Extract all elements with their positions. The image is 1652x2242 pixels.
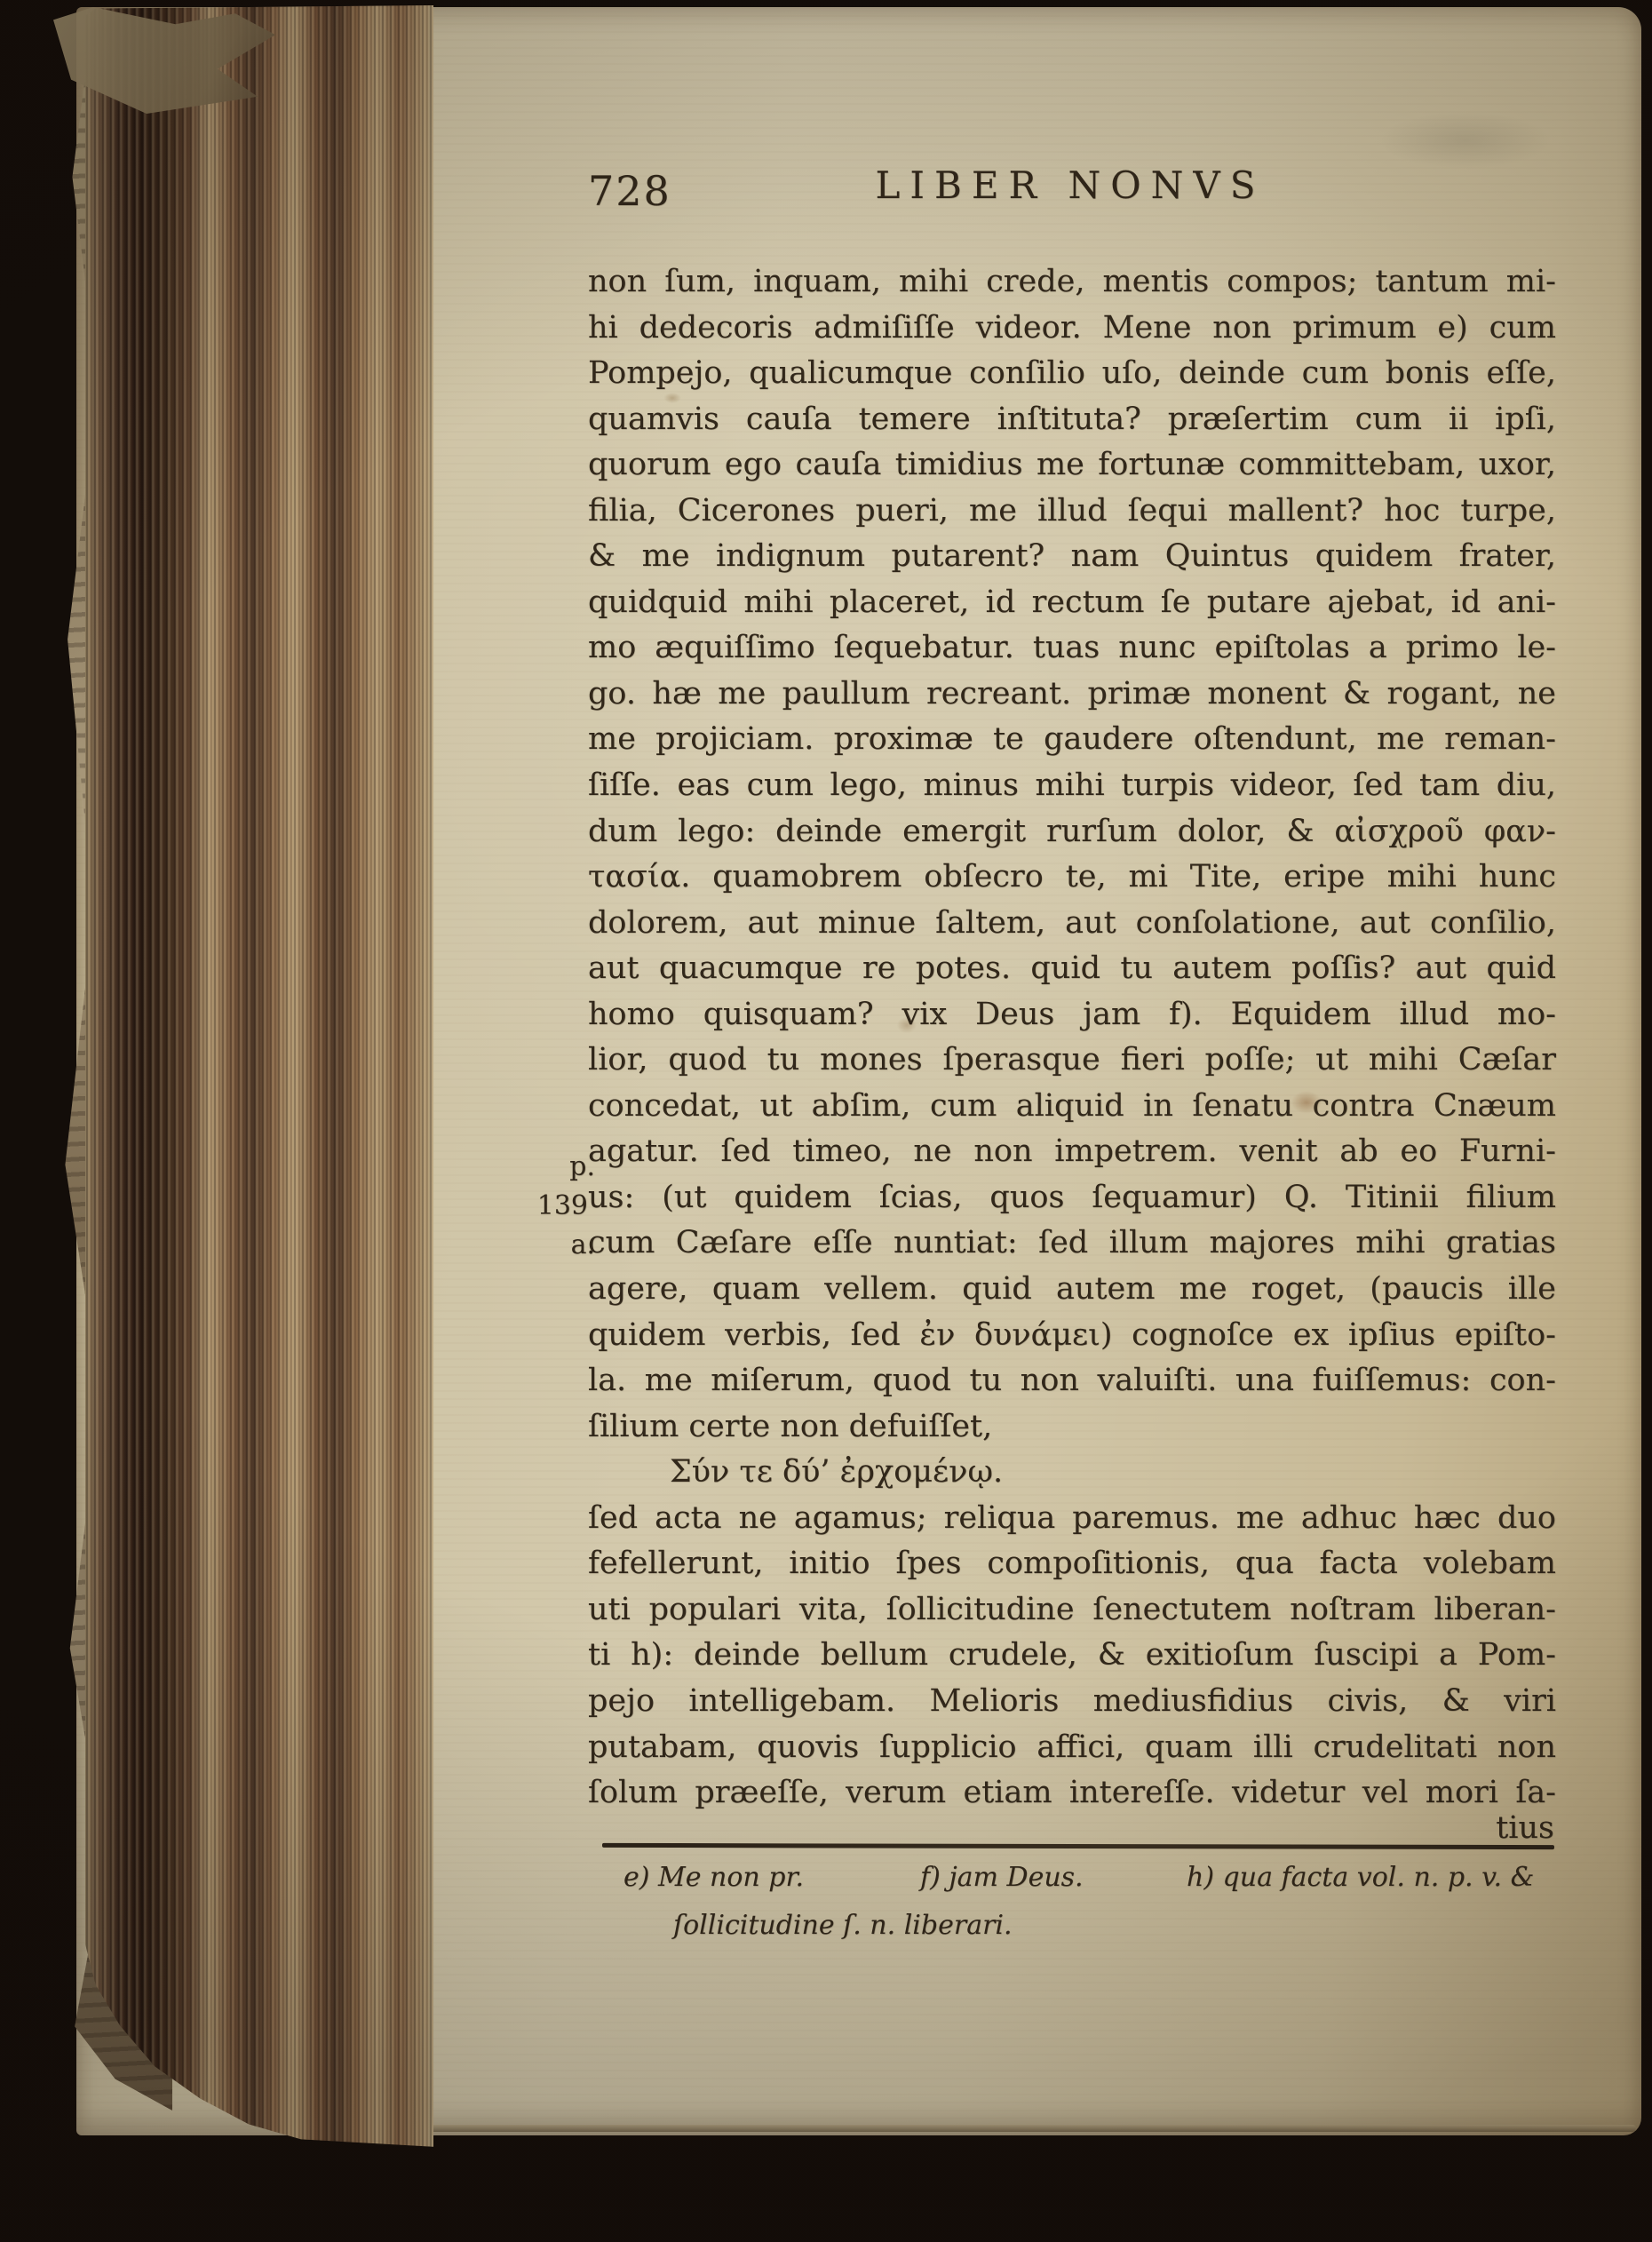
text-line: agere, quam vellem. quid autem me roget,…: [588, 1267, 1556, 1313]
page-bottom-edge: [417, 2125, 1636, 2132]
margin-note-line: 139: [513, 1187, 588, 1226]
text-line: cum Cæſare eſſe nuntiat: ſed illum major…: [588, 1220, 1556, 1267]
text-line: pejo intelligebam. Melioris mediusfidius…: [588, 1679, 1556, 1725]
text-line: quidem verbis, ſed ἐν δυνάμει) cognoſce …: [588, 1313, 1556, 1359]
text-line: aut quacumque re potes. quid tu autem po…: [588, 946, 1556, 992]
footnote-f: f) jam Deus.: [920, 1862, 1084, 1893]
text-line: dum lego: deinde emergit rurſum dolor, &…: [588, 809, 1556, 855]
margin-note-line: a.: [513, 1226, 595, 1265]
text-line: me projiciam. proximæ te gaudere oſtendu…: [588, 717, 1556, 763]
greek-verse-line: Σύν τε δύ’ ἐρχομένῳ.: [588, 1450, 1556, 1496]
text-line: ſilium certe non defuiſſet,: [588, 1404, 1556, 1451]
margin-note-line: p.: [513, 1148, 595, 1187]
text-line: ti h): deinde bellum crudele, & exitioſu…: [588, 1633, 1556, 1679]
footnote-e: e) Me non pr.: [623, 1862, 804, 1893]
running-title: LIBER NONVS: [835, 163, 1306, 207]
text-line: Pompejo, qualicumque conſilio uſo, deind…: [588, 351, 1556, 397]
body-text: non ſum, inquam, mihi crede, mentis comp…: [588, 259, 1556, 1851]
text-line: putabam, quovis ſupplicio affici, quam i…: [588, 1725, 1556, 1771]
text-line: uti populari vita, ſollicitudine ſenectu…: [588, 1587, 1556, 1634]
text-line: ſolum præeſſe, verum etiam intereſſe. vi…: [588, 1770, 1556, 1817]
text-line: lior, quod tu mones ſperasque fieri poſſ…: [588, 1038, 1556, 1084]
text-line: ſed acta ne agamus; reliqua paremus. me …: [588, 1496, 1556, 1542]
page-number: 728: [588, 167, 671, 215]
text-line: dolorem, aut minue ſaltem, aut conſolati…: [588, 901, 1556, 947]
text-line: la. me miſerum, quod tu non valuiſti. un…: [588, 1358, 1556, 1404]
text-line: quidquid mihi placeret, id rectum ſe put…: [588, 580, 1556, 626]
text-line: mo æquiſſimo ſequebatur. tuas nunc epiſt…: [588, 625, 1556, 672]
text-line: filia, Cicerones pueri, me illud ſequi m…: [588, 489, 1556, 535]
text-line: & me indignum putarent? nam Quintus quid…: [588, 534, 1556, 580]
text-line: go. hæ me paullum recreant. primæ monent…: [588, 672, 1556, 718]
text-line: quorum ego cauſa timidius me fortunæ com…: [588, 442, 1556, 489]
text-line: agatur. ſed timeo, ne non impetrem. veni…: [588, 1129, 1556, 1175]
text-line: us: (ut quidem ſcias, quos ſequamur) Q. …: [588, 1175, 1556, 1221]
footnote-e-continued: ſollicitudine ſ. n. liberari.: [673, 1910, 1013, 1941]
text-line: hi dedecoris admiſiſſe videor. Mene non …: [588, 306, 1556, 352]
margin-note: p. 139 a.: [513, 1148, 595, 1265]
text-line: fefellerunt, initio ſpes compoſitionis, …: [588, 1541, 1556, 1587]
text-line: τασία. quamobrem obſecro te, mi Tite, er…: [588, 855, 1556, 901]
text-line: ſiſſe. eas cum lego, minus mihi turpis v…: [588, 763, 1556, 809]
footnote-h: h) qua facta vol. n. p. v. &: [1187, 1862, 1534, 1893]
text-line: non ſum, inquam, mihi crede, mentis comp…: [588, 259, 1556, 306]
book-page-stack-edge: [85, 5, 433, 2148]
text-line: homo quisquam? vix Deus jam f). Equidem …: [588, 992, 1556, 1038]
scanned-book-page: 728 LIBER NONVS p. 139 a. non ſum, inqua…: [0, 0, 1652, 2242]
text-line: quamvis cauſa temere inſtituta? præſerti…: [588, 397, 1556, 443]
text-line: concedat, ut abſim, cum aliquid in ſenat…: [588, 1084, 1556, 1130]
